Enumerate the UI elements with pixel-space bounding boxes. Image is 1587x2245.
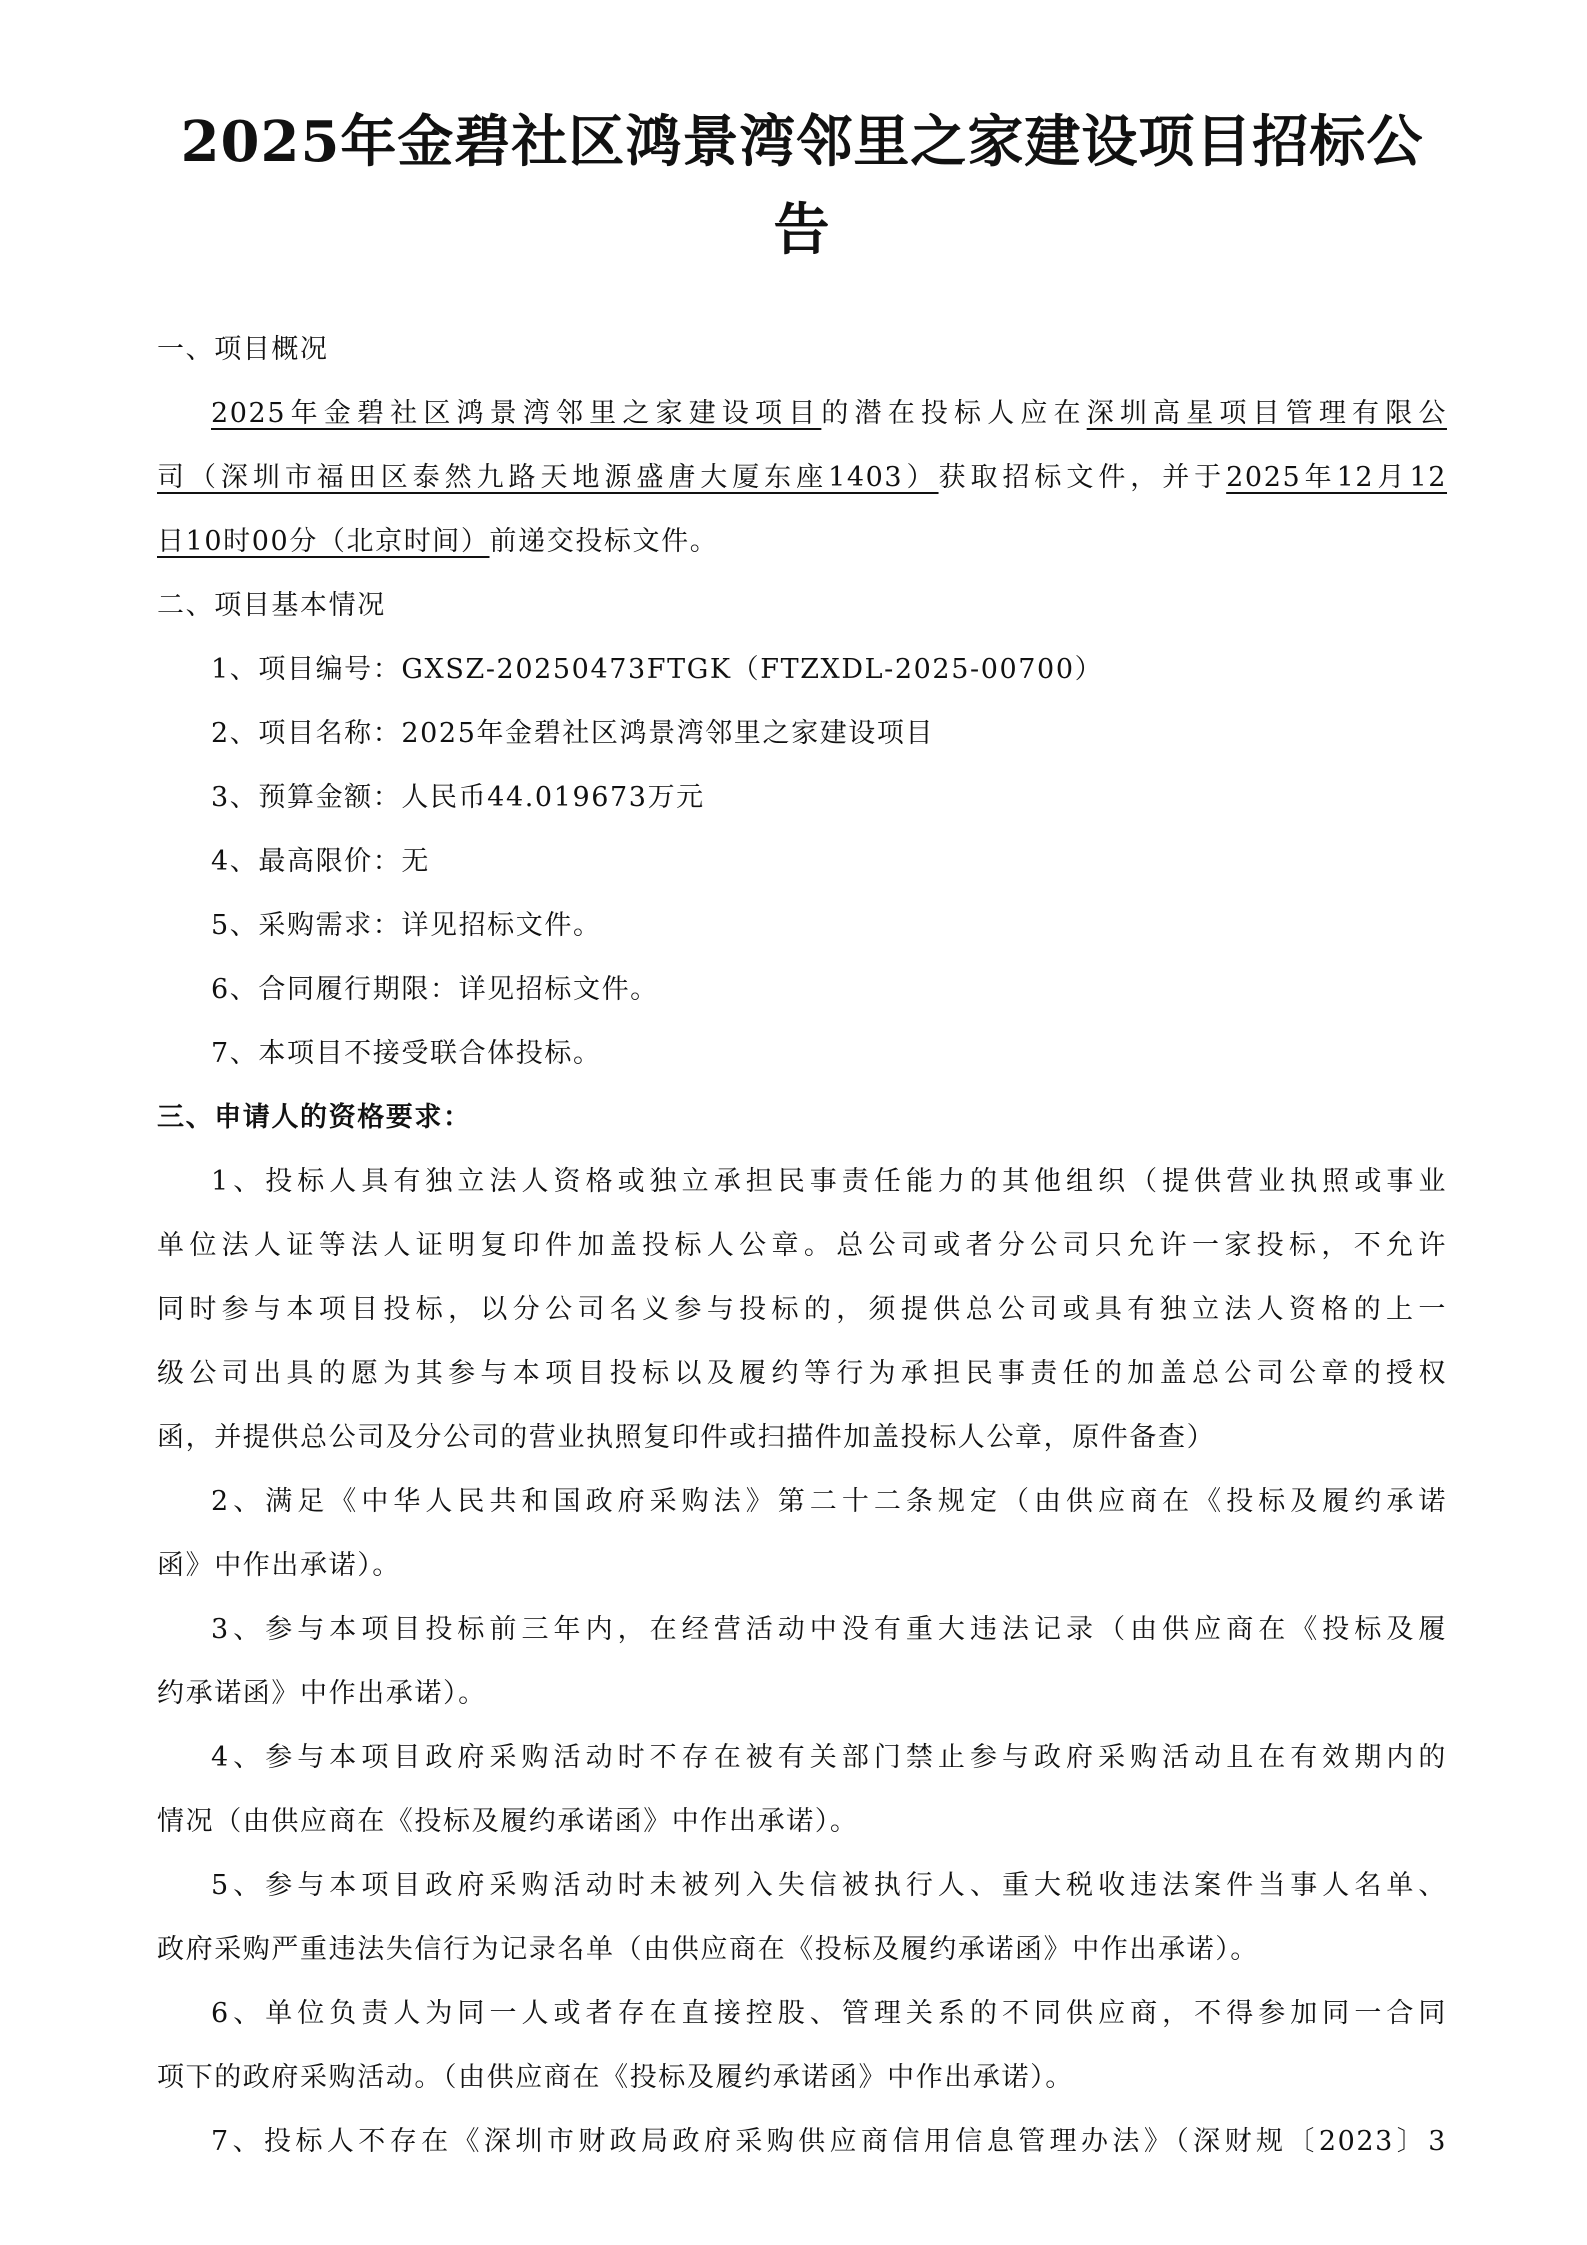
requirement-line: 约承诺函》中作出承诺）。 xyxy=(157,1662,1447,1726)
requirement-line: 6、单位负责人为同一人或者存在直接控股、管理关系的不同供应商，不得参加同一合同 xyxy=(157,1982,1447,2046)
info-item-contract-period: 6、合同履行期限：详见招标文件。 xyxy=(157,958,1447,1022)
requirement-7: 7、投标人不存在《深圳市财政局政府采购供应商信用信息管理办法》（深财规〔2023… xyxy=(157,2110,1447,2174)
project-name-link: 2025年金碧社区鸿景湾邻里之家建设项目 xyxy=(211,398,821,429)
overview-text: 获取招标文件，并于 xyxy=(939,462,1227,493)
info-item-max-price: 4、最高限价：无 xyxy=(157,830,1447,894)
requirement-line: 函》中作出承诺）。 xyxy=(157,1534,1447,1598)
requirement-line: 7、投标人不存在《深圳市财政局政府采购供应商信用信息管理办法》（深财规〔2023… xyxy=(157,2110,1447,2174)
section-heading-basic-info: 二、项目基本情况 xyxy=(157,574,1447,638)
overview-text: 的潜在投标人应在 xyxy=(821,398,1086,429)
requirement-line: 单位法人证等法人证明复印件加盖投标人公章。总公司或者分公司只允许一家投标，不允许 xyxy=(157,1214,1447,1278)
title-line-2: 告 xyxy=(157,186,1447,274)
info-item-budget: 3、预算金额：人民币44.019673万元 xyxy=(157,766,1447,830)
info-item-requirements: 5、采购需求：详见招标文件。 xyxy=(157,894,1447,958)
requirement-line: 1、投标人具有独立法人资格或独立承担民事责任能力的其他组织（提供营业执照或事业 xyxy=(157,1150,1447,1214)
section-heading-qualifications: 三、申请人的资格要求： xyxy=(157,1086,1447,1150)
requirement-6: 6、单位负责人为同一人或者存在直接控股、管理关系的不同供应商，不得参加同一合同 … xyxy=(157,1982,1447,2110)
requirement-3: 3、参与本项目投标前三年内，在经营活动中没有重大违法记录（由供应商在《投标及履 … xyxy=(157,1598,1447,1726)
requirement-2: 2、满足《中华人民共和国政府采购法》第二十二条规定（由供应商在《投标及履约承诺 … xyxy=(157,1470,1447,1598)
title-line-1: 2025年金碧社区鸿景湾邻里之家建设项目招标公 xyxy=(157,98,1447,186)
document-title: 2025年金碧社区鸿景湾邻里之家建设项目招标公 告 xyxy=(157,98,1447,274)
agency-name: 深圳高星项目管理有限公 xyxy=(1087,398,1447,429)
info-item-project-number: 1、项目编号：GXSZ-20250473FTGK（FTZXDL-2025-007… xyxy=(157,638,1447,702)
requirement-line: 3、参与本项目投标前三年内，在经营活动中没有重大违法记录（由供应商在《投标及履 xyxy=(157,1598,1447,1662)
requirement-5: 5、参与本项目政府采购活动时未被列入失信被执行人、重大税收违法案件当事人名单、 … xyxy=(157,1854,1447,1982)
overview-text: 前递交投标文件。 xyxy=(490,526,719,557)
requirement-line: 同时参与本项目投标，以分公司名义参与投标的，须提供总公司或具有独立法人资格的上一 xyxy=(157,1278,1447,1342)
agency-address: 司（深圳市福田区泰然九路天地源盛唐大厦东座1403） xyxy=(157,462,939,493)
deadline-time: 日10时00分（北京时间） xyxy=(157,526,490,557)
requirement-line: 政府采购严重违法失信行为记录名单（由供应商在《投标及履约承诺函》中作出承诺）。 xyxy=(157,1918,1447,1982)
overview-line-3: 日10时00分（北京时间）前递交投标文件。 xyxy=(157,510,1447,574)
requirement-4: 4、参与本项目政府采购活动时不存在被有关部门禁止参与政府采购活动且在有效期内的 … xyxy=(157,1726,1447,1854)
requirement-1: 1、投标人具有独立法人资格或独立承担民事责任能力的其他组织（提供营业执照或事业 … xyxy=(157,1150,1447,1470)
requirement-line: 函，并提供总公司及分公司的营业执照复印件或扫描件加盖投标人公章，原件备查） xyxy=(157,1406,1447,1470)
requirement-line: 4、参与本项目政府采购活动时不存在被有关部门禁止参与政府采购活动且在有效期内的 xyxy=(157,1726,1447,1790)
requirement-line: 5、参与本项目政府采购活动时未被列入失信被执行人、重大税收违法案件当事人名单、 xyxy=(157,1854,1447,1918)
deadline-date: 2025年12月12 xyxy=(1226,462,1447,493)
requirement-line: 级公司出具的愿为其参与本项目投标以及履约等行为承担民事责任的加盖总公司公章的授权 xyxy=(157,1342,1447,1406)
document-body: 一、项目概况 2025年金碧社区鸿景湾邻里之家建设项目的潜在投标人应在深圳高星项… xyxy=(157,318,1447,2174)
overview-line-2: 司（深圳市福田区泰然九路天地源盛唐大厦东座1403）获取招标文件，并于2025年… xyxy=(157,446,1447,510)
info-item-consortium: 7、本项目不接受联合体投标。 xyxy=(157,1022,1447,1086)
requirement-line: 情况（由供应商在《投标及履约承诺函》中作出承诺）。 xyxy=(157,1790,1447,1854)
overview-line-1: 2025年金碧社区鸿景湾邻里之家建设项目的潜在投标人应在深圳高星项目管理有限公 xyxy=(157,382,1447,446)
requirement-line: 2、满足《中华人民共和国政府采购法》第二十二条规定（由供应商在《投标及履约承诺 xyxy=(157,1470,1447,1534)
section-heading-overview: 一、项目概况 xyxy=(157,318,1447,382)
requirement-line: 项下的政府采购活动。（由供应商在《投标及履约承诺函》中作出承诺）。 xyxy=(157,2046,1447,2110)
info-item-project-name: 2、项目名称：2025年金碧社区鸿景湾邻里之家建设项目 xyxy=(157,702,1447,766)
